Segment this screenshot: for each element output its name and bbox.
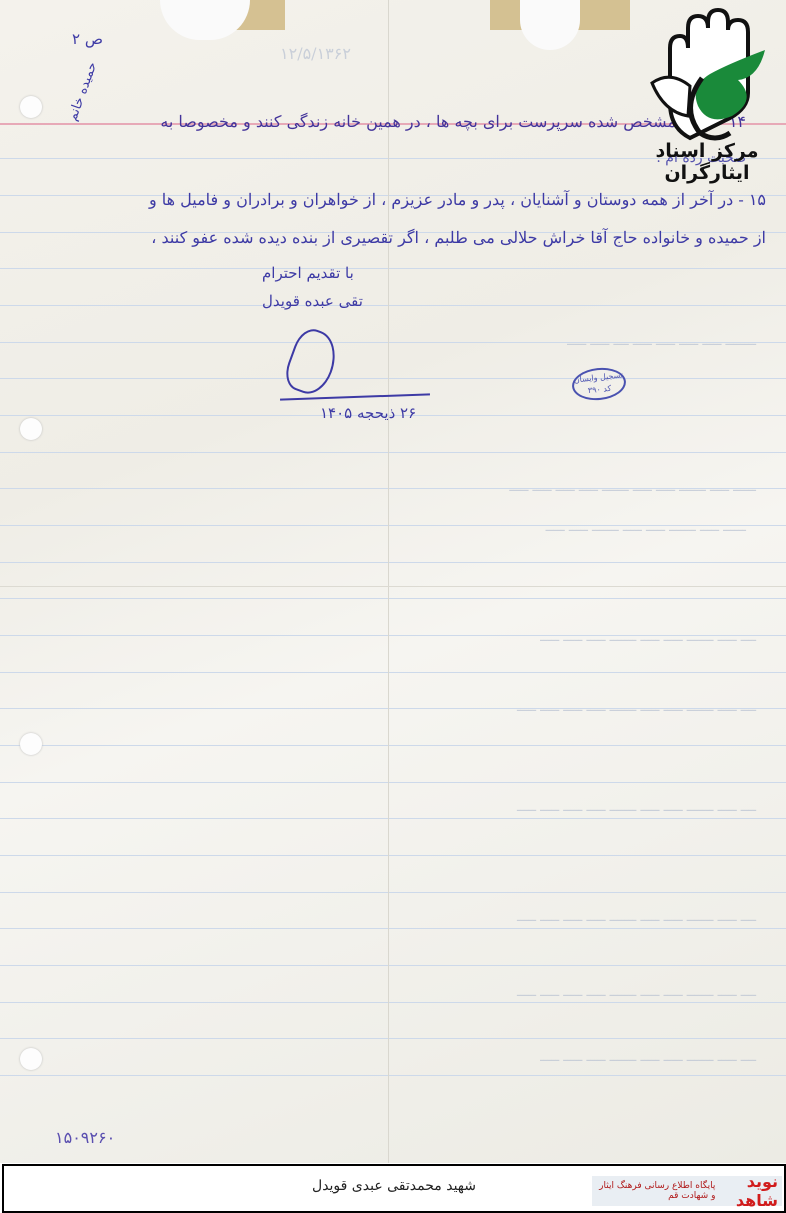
rule-line bbox=[0, 452, 786, 453]
rule-line bbox=[0, 855, 786, 856]
brand-logo[interactable]: نوید شاهد پایگاه اطلاع رسانی فرهنگ ایثار… bbox=[592, 1176, 782, 1206]
rule-line bbox=[0, 745, 786, 746]
punch-hole bbox=[20, 733, 42, 755]
fold-crease bbox=[0, 586, 786, 587]
rule-line bbox=[0, 378, 786, 379]
brand-subtitle: پایگاه اطلاع رسانی فرهنگ ایثار و شهادت ق… bbox=[592, 1181, 715, 1201]
rule-line bbox=[0, 965, 786, 966]
signature-underline bbox=[280, 393, 430, 400]
torn-corner bbox=[160, 0, 250, 40]
caption-bar: شهید محمدتقی عبدی قویدل نوید شاهد پایگاه… bbox=[2, 1164, 786, 1213]
bleed-through-text: ــــ ـــــ ـــــــ ـــــ ـــــ ـــــــ ـ… bbox=[517, 800, 756, 815]
rule-line bbox=[0, 562, 786, 563]
closing: با تقدیم احترام bbox=[262, 264, 354, 282]
punch-hole bbox=[20, 96, 42, 118]
scanned-letter: ص ۲ ۱۲/۵/۱۳۶۲ حمیده خانم ۱۴ - تعداد مشخص… bbox=[0, 0, 786, 1163]
rule-line bbox=[0, 672, 786, 673]
bleed-through-text: ــــ ـــــ ـــــــ ـــــ ـــــ ـــــــ ـ… bbox=[540, 630, 756, 645]
bleed-through-text: ــــ ـــــ ـــــــ ـــــ ـــــ ـــــــ ـ… bbox=[517, 985, 756, 1000]
letter-line: ۱۵ - در آخر از همه دوستان و آشنایان ، پد… bbox=[149, 190, 766, 209]
bleed-through-text: ــــ ـــــ ـــــــ ـــــ ـــــ ـــــــ ـ… bbox=[540, 1050, 756, 1065]
page-marker: ص ۲ bbox=[72, 30, 103, 48]
margin-note: حمیده خانم bbox=[65, 60, 100, 123]
brand-name: نوید شاهد bbox=[719, 1172, 778, 1210]
rule-line bbox=[0, 268, 786, 269]
punch-hole bbox=[20, 1048, 42, 1070]
rule-line bbox=[0, 305, 786, 306]
top-date: ۱۲/۵/۱۳۶۲ bbox=[280, 44, 351, 63]
signature bbox=[280, 324, 343, 399]
fold-crease bbox=[388, 0, 389, 1163]
rule-line bbox=[0, 598, 786, 599]
rule-line bbox=[0, 1038, 786, 1039]
torn-corner bbox=[520, 0, 580, 50]
author-name: تقی عبده قویدل bbox=[262, 292, 363, 310]
rule-line bbox=[0, 782, 786, 783]
bleed-through-text: ــــ ـــــ ـــــــ ـــــ ـــــ ـــــــ ـ… bbox=[517, 910, 756, 925]
rule-line bbox=[0, 818, 786, 819]
rule-line bbox=[0, 892, 786, 893]
punch-hole bbox=[20, 418, 42, 440]
signature-date: ۲۶ ذیحجه ۱۴۰۵ bbox=[320, 404, 416, 422]
bleed-through-text: ــــــ ـــــ ـــــــ ـــــ ـــــ ـــــــ… bbox=[509, 480, 756, 495]
rule-line bbox=[0, 928, 786, 929]
rule-line bbox=[0, 1002, 786, 1003]
archive-number: ۱۵۰۹۲۶۰ bbox=[55, 1128, 115, 1147]
rule-line bbox=[0, 1075, 786, 1076]
logo-title: مرکز اسناد ایثارگران bbox=[632, 140, 782, 184]
bleed-through-text: ــــ ـــــ ـــــــ ـــــ ـــــ ـــــــ ـ… bbox=[517, 700, 756, 715]
bleed-through-text: ــــــ ـــــ ـــــــ ـــــ ـــــ ـــــــ… bbox=[546, 520, 746, 535]
bleed-through-text: ــــــــ ـــــ ـــــ ـــــ ـــــ ــــ ــ… bbox=[567, 334, 756, 349]
letter-line: از حمیده و خانواده حاج آقا خراش حلالی می… bbox=[151, 228, 766, 247]
stamp: تسجیل وایسان کد ۳۹۰ bbox=[570, 365, 627, 402]
